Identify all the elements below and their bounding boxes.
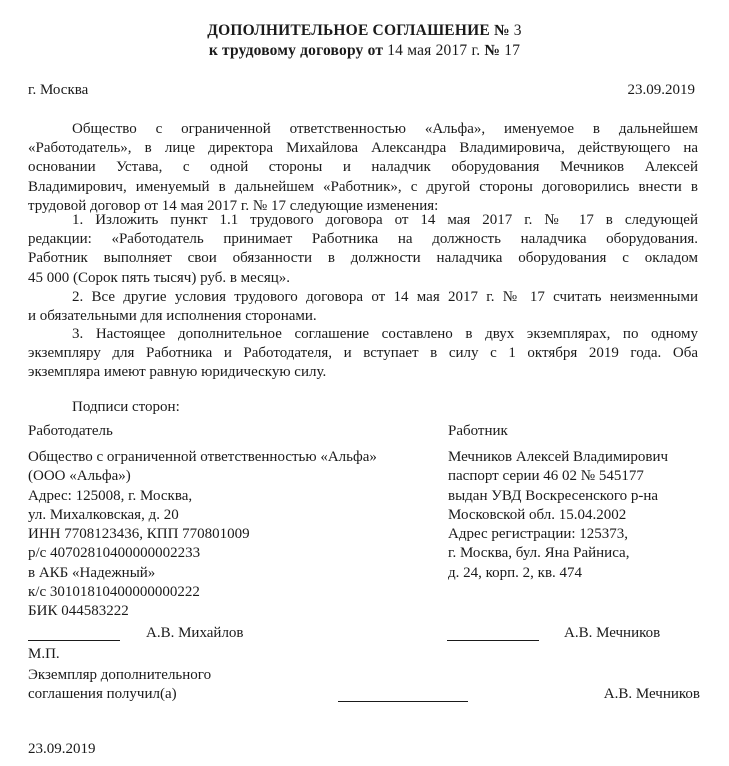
clause-2: 2. Все другие условия трудового договора… xyxy=(28,288,698,326)
preamble-line: «Работодатель», в лице директора Михайло… xyxy=(28,139,698,158)
clause-line: экземпляра имеют равную юридическую силу… xyxy=(28,363,698,382)
clause-line: экземпляру для Работника и Работодателя,… xyxy=(28,344,698,363)
clause-3: 3. Настоящее дополнительное соглашение с… xyxy=(28,325,698,383)
employer-signatory: А.В. Михайлов xyxy=(146,625,244,642)
document-title: ДОПОЛНИТЕЛЬНОЕ СОГЛАШЕНИЕ № 3 xyxy=(0,22,729,40)
title-text: ДОПОЛНИТЕЛЬНОЕ СОГЛАШЕНИЕ № xyxy=(207,22,510,39)
clause-line: 3. Настоящее дополнительное соглашение с… xyxy=(28,325,698,344)
employee-detail-line: д. 24, корп. 2, кв. 474 xyxy=(448,564,668,583)
employer-detail-line: ИНН 7708123436, КПП 770801009 xyxy=(28,525,377,544)
preamble-line: Владимирович, именуемый в дальнейшем «Ра… xyxy=(28,178,698,197)
receipt-line-2: соглашения получил(а) xyxy=(28,686,177,703)
employee-detail-line: выдан УВД Воскресенского р-на xyxy=(448,487,668,506)
employer-detail-line: Адрес: 125008, г. Москва, xyxy=(28,487,377,506)
employer-signature-line xyxy=(28,640,120,641)
signatures-heading: Подписи сторон: xyxy=(72,399,180,416)
subtitle-date: 14 мая 2017 г. xyxy=(383,42,484,59)
clause-line: и обязательными для исполнения сторонами… xyxy=(28,307,698,326)
employee-heading: Работник xyxy=(448,423,508,440)
employer-detail-line: ул. Михалковская, д. 20 xyxy=(28,506,377,525)
employer-detail-line: р/с 40702810400000002233 xyxy=(28,544,377,563)
employee-detail-line: Адрес регистрации: 125373, xyxy=(448,525,668,544)
employee-signatory: А.В. Мечников xyxy=(564,625,660,642)
employee-detail-line: Московской обл. 15.04.2002 xyxy=(448,506,668,525)
preamble-line: Общество с ограниченной ответственностью… xyxy=(28,120,698,139)
clause-line: редакции: «Работодатель принимает Работн… xyxy=(28,230,698,249)
employer-detail-line: к/с 30101810400000000222 xyxy=(28,583,377,602)
place: г. Москва xyxy=(28,82,88,99)
receipt-line-1: Экземпляр дополнительного xyxy=(28,667,211,684)
clause-line: 1. Изложить пункт 1.1 трудового договора… xyxy=(28,211,698,230)
employer-detail-line: БИК 044583222 xyxy=(28,602,377,621)
employee-detail-line: паспорт серии 46 02 № 545177 xyxy=(448,467,668,486)
document-date: 23.09.2019 xyxy=(628,82,696,99)
subtitle-number: 17 xyxy=(500,42,520,59)
employer-detail-line: (ООО «Альфа») xyxy=(28,467,377,486)
clause-1: 1. Изложить пункт 1.1 трудового договора… xyxy=(28,211,698,288)
clause-line: Работник выполняет свои обязанности в до… xyxy=(28,249,698,268)
preamble: Общество с ограниченной ответственностью… xyxy=(28,120,698,216)
document-subtitle: к трудовому договору от 14 мая 2017 г. №… xyxy=(0,42,729,60)
preamble-line: основании Устава, с одной стороны и нала… xyxy=(28,158,698,177)
employer-detail-line: Общество с ограниченной ответственностью… xyxy=(28,448,377,467)
employee-signature-line xyxy=(447,640,539,641)
employee-detail-line: г. Москва, бул. Яна Райниса, xyxy=(448,544,668,563)
receipt-signatory: А.В. Мечников xyxy=(604,686,700,703)
subtitle-text: к трудовому договору от xyxy=(209,42,383,59)
employer-detail-line: в АКБ «Надежный» xyxy=(28,564,377,583)
title-number: 3 xyxy=(510,22,522,39)
employer-heading: Работодатель xyxy=(28,423,113,440)
employee-detail-line: Мечников Алексей Владимирович xyxy=(448,448,668,467)
receipt-signature-line xyxy=(338,701,468,702)
clause-line: 2. Все другие условия трудового договора… xyxy=(28,288,698,307)
employer-details: Общество с ограниченной ответственностью… xyxy=(28,448,377,622)
footer-date: 23.09.2019 xyxy=(28,741,96,758)
stamp-placeholder: М.П. xyxy=(28,646,60,663)
employee-details: Мечников Алексей Владимирович паспорт се… xyxy=(448,448,668,583)
subtitle-number-sign: № xyxy=(484,42,500,59)
clause-line: 45 000 (Сорок пять тысяч) руб. в месяц». xyxy=(28,269,698,288)
